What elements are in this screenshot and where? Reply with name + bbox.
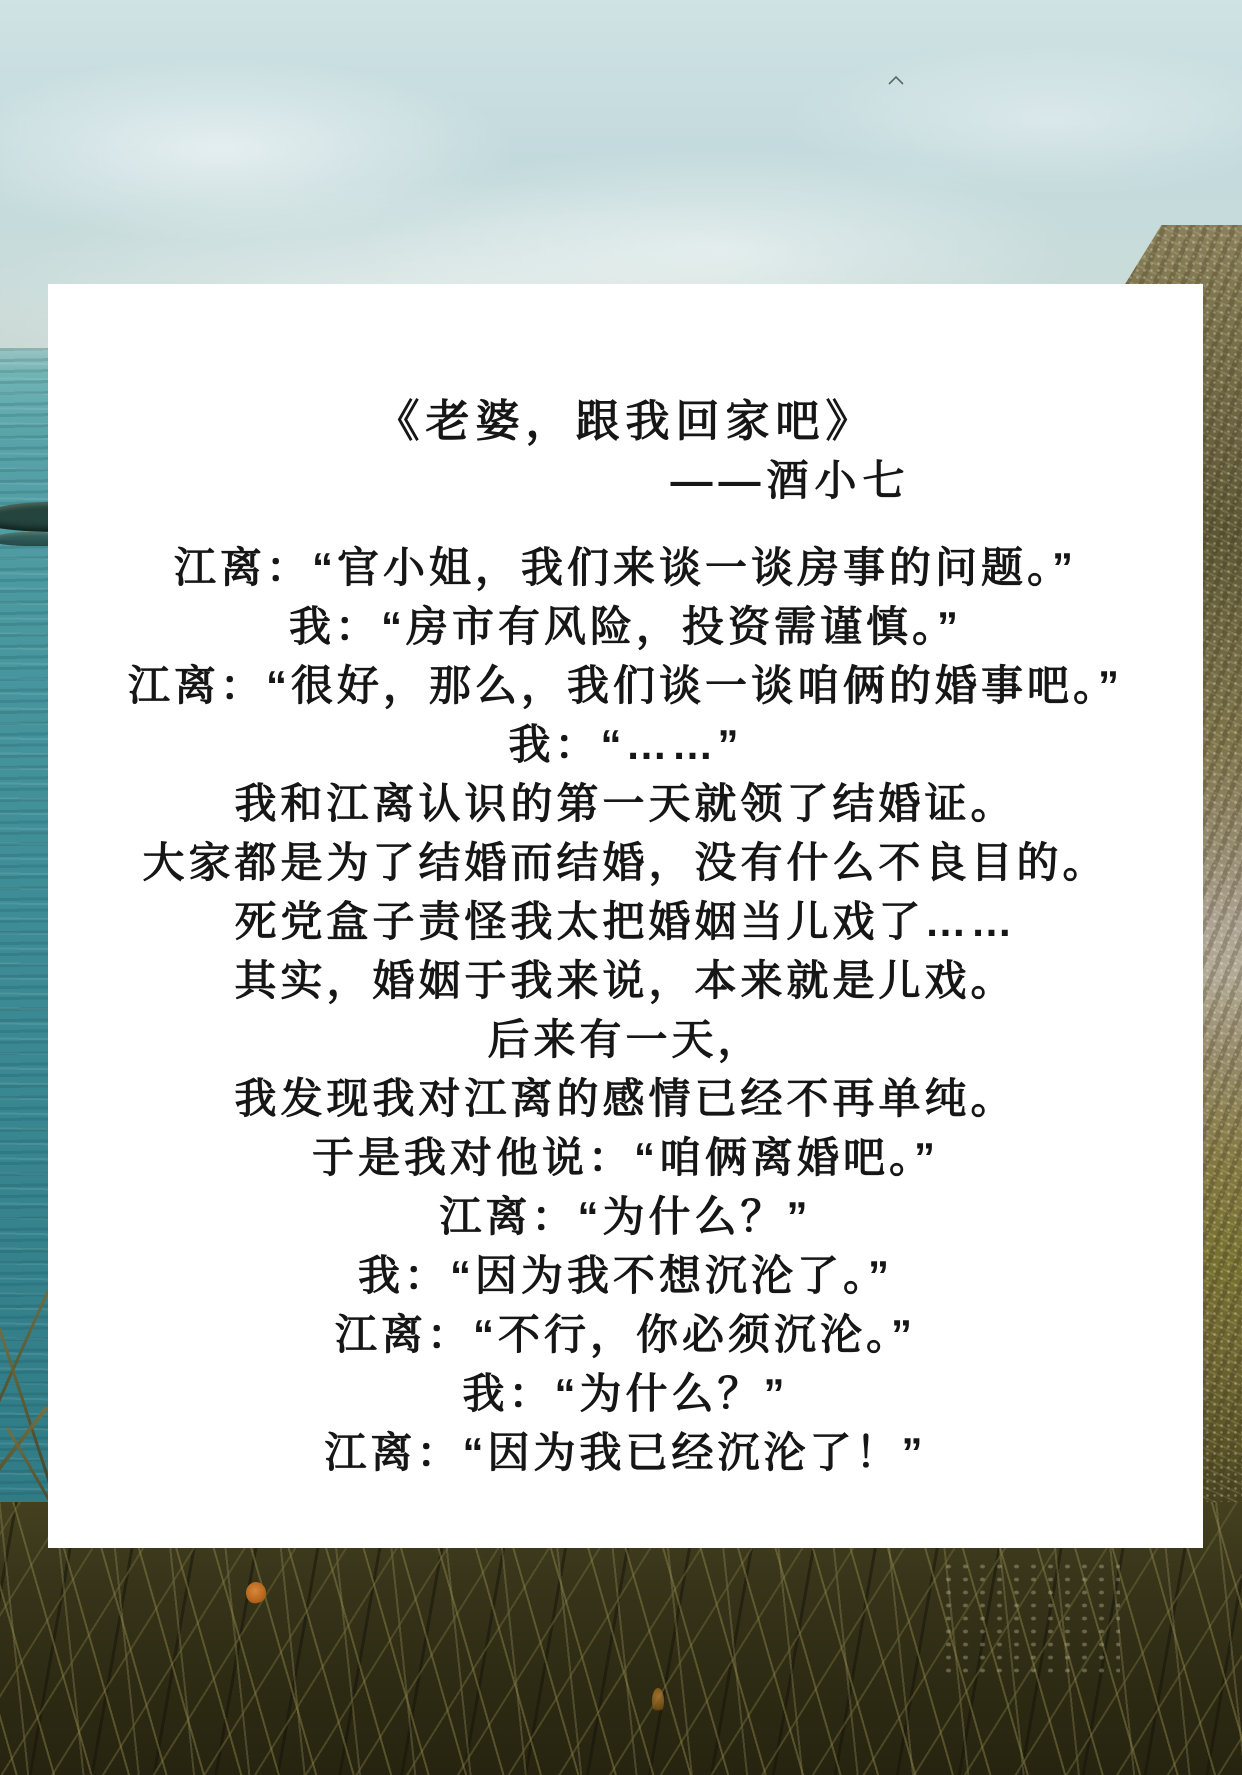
narration-line: 后来有一天， bbox=[66, 1010, 1185, 1069]
narration-line: 我发现我对江离的感情已经不再单纯。 bbox=[66, 1069, 1185, 1128]
narration-line: 死党盒子责怪我太把婚姻当儿戏了…… bbox=[66, 892, 1185, 951]
narration-line: 其实，婚姻于我来说，本来就是儿戏。 bbox=[66, 951, 1185, 1010]
dialogue-line: 我：“因为我不想沉沦了。” bbox=[66, 1246, 1185, 1305]
dialogue-line: 江离：“为什么？” bbox=[66, 1187, 1185, 1246]
orange-flower bbox=[652, 1688, 664, 1714]
book-title: 《老婆，跟我回家吧》 bbox=[66, 392, 1185, 451]
narration-line: 我和江离认识的第一天就领了结婚证。 bbox=[66, 774, 1185, 833]
grass-highlights bbox=[940, 1560, 1120, 1680]
bird-icon bbox=[888, 76, 904, 86]
author-attribution: ——酒小七 bbox=[231, 451, 1242, 510]
narration-line: 于是我对他说：“咱俩离婚吧。” bbox=[66, 1128, 1185, 1187]
orange-flower bbox=[246, 1582, 266, 1604]
dialogue-line: 我：“为什么？” bbox=[66, 1364, 1185, 1423]
quote-poster: 《老婆，跟我回家吧》 ——酒小七 江离：“官小姐，我们来谈一谈房事的问题。” 我… bbox=[0, 0, 1242, 1775]
narration-line: 大家都是为了结婚而结婚，没有什么不良目的。 bbox=[66, 833, 1185, 892]
dialogue-line: 我：“房市有风险，投资需谨慎。” bbox=[66, 597, 1185, 656]
dialogue-line: 江离：“因为我已经沉沦了！” bbox=[66, 1423, 1185, 1482]
dialogue-line: 我：“……” bbox=[66, 715, 1185, 774]
dialogue-line: 江离：“不行，你必须沉沦。” bbox=[66, 1305, 1185, 1364]
dialogue-line: 江离：“很好，那么，我们谈一谈咱俩的婚事吧。” bbox=[66, 656, 1185, 715]
quote-body: 江离：“官小姐，我们来谈一谈房事的问题。” 我：“房市有风险，投资需谨慎。” 江… bbox=[66, 538, 1185, 1482]
dialogue-line: 江离：“官小姐，我们来谈一谈房事的问题。” bbox=[66, 538, 1185, 597]
quote-card: 《老婆，跟我回家吧》 ——酒小七 江离：“官小姐，我们来谈一谈房事的问题。” 我… bbox=[48, 284, 1203, 1548]
